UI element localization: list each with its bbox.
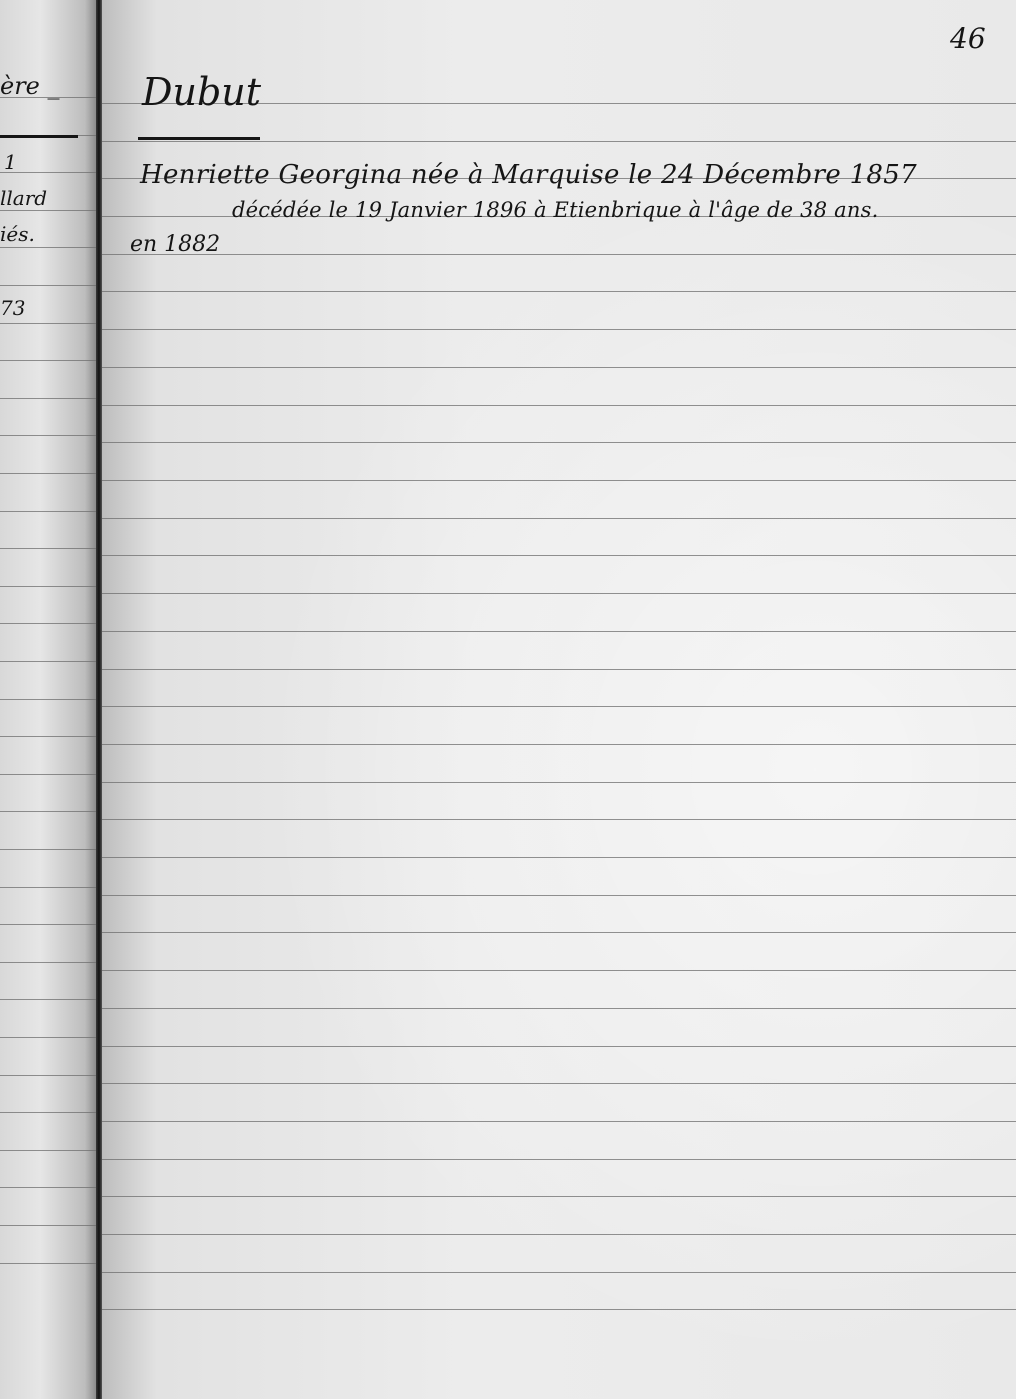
ruled-line — [0, 511, 96, 512]
ruled-line — [102, 291, 1016, 292]
ruled-line — [0, 999, 96, 1000]
ruled-line — [0, 774, 96, 775]
ruled-line — [0, 811, 96, 812]
ruled-line — [0, 210, 96, 211]
ruled-line — [102, 1272, 1016, 1273]
ruled-line — [0, 285, 96, 286]
ruled-line — [0, 1263, 96, 1264]
ruled-line — [102, 442, 1016, 443]
ruled-line — [102, 895, 1016, 896]
ruled-line — [0, 623, 96, 624]
ruled-line — [102, 1159, 1016, 1160]
ruled-line — [0, 1187, 96, 1188]
ruled-line — [0, 661, 96, 662]
ruled-line — [0, 247, 96, 248]
entry-line-1: Henriette Georgina née à Marquise le 24 … — [140, 160, 917, 190]
ruled-line — [102, 1121, 1016, 1122]
ruled-line — [102, 706, 1016, 707]
surname-heading: Dubut — [142, 70, 261, 114]
ruled-line — [102, 782, 1016, 783]
left-fragment-3: llard — [0, 186, 47, 210]
ruled-line — [102, 857, 1016, 858]
ruled-line — [0, 1150, 96, 1151]
ruled-line — [102, 970, 1016, 971]
ruled-line — [102, 329, 1016, 330]
left-fragment-5: 73 — [0, 296, 25, 320]
page-number: 46 — [950, 22, 986, 55]
ruled-line — [102, 1309, 1016, 1310]
left-fragment-4: iés. — [0, 222, 35, 246]
book-binding — [96, 0, 102, 1399]
ruled-line — [0, 548, 96, 549]
entry-line-2: décédée le 19 Janvier 1896 à Etienbrique… — [232, 198, 878, 222]
ruled-line — [0, 1112, 96, 1113]
ruled-line — [0, 473, 96, 474]
ruled-line — [102, 744, 1016, 745]
ruled-line — [102, 631, 1016, 632]
ruled-line — [102, 1196, 1016, 1197]
ruled-line — [102, 1083, 1016, 1084]
ruled-line — [0, 924, 96, 925]
ruled-line — [0, 360, 96, 361]
ruled-line — [102, 480, 1016, 481]
ruled-line — [102, 405, 1016, 406]
ruled-line — [0, 1037, 96, 1038]
ruled-line — [0, 323, 96, 324]
ruled-line — [0, 887, 96, 888]
ruled-line — [0, 736, 96, 737]
ruled-line — [102, 367, 1016, 368]
left-page-underline — [0, 135, 78, 138]
surname-underline — [138, 137, 260, 140]
ruled-line — [102, 932, 1016, 933]
ruled-line — [0, 849, 96, 850]
ruled-line — [0, 1225, 96, 1226]
left-fragment-2: 1 — [4, 150, 17, 174]
ruled-line — [0, 1075, 96, 1076]
ruled-line — [0, 586, 96, 587]
ruled-line — [102, 593, 1016, 594]
ruled-line — [102, 819, 1016, 820]
left-fragment-1: ère _ — [0, 72, 60, 100]
ruled-line — [102, 1234, 1016, 1235]
ruled-line — [0, 962, 96, 963]
ruled-line — [0, 398, 96, 399]
ruled-line — [102, 669, 1016, 670]
ruled-line — [0, 699, 96, 700]
ruled-line — [0, 435, 96, 436]
ruled-line — [102, 254, 1016, 255]
entry-line-3: en 1882 — [130, 232, 220, 257]
ruled-line — [102, 518, 1016, 519]
ruled-line — [102, 1046, 1016, 1047]
ruled-line — [102, 1008, 1016, 1009]
ruled-line — [102, 555, 1016, 556]
ruled-line — [102, 141, 1016, 142]
